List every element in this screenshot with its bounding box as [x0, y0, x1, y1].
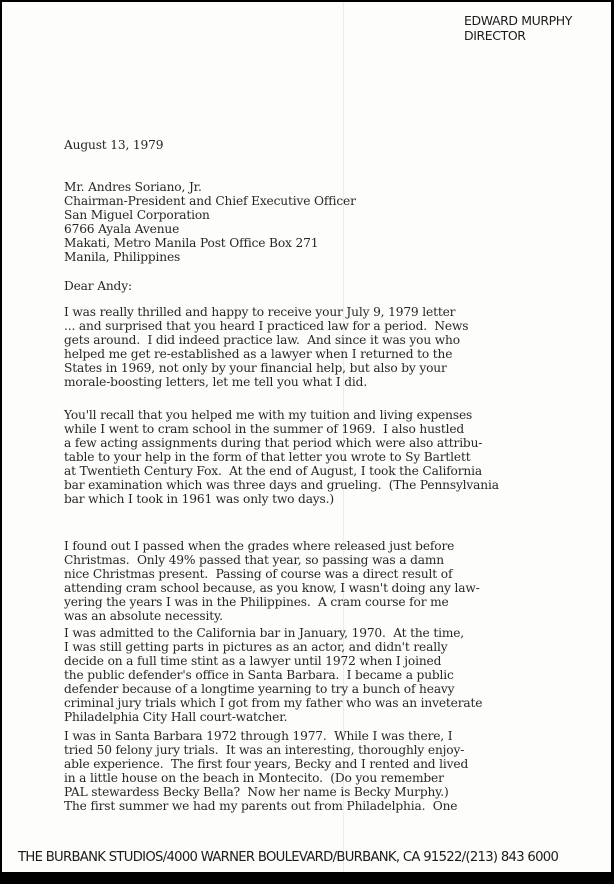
paragraph-2: You'll recall that you helped me with my… [64, 408, 499, 506]
text-line: able experience. The first four years, B… [64, 757, 468, 771]
text-line: PAL stewardess Becky Bella? Now her name… [64, 785, 468, 799]
salutation: Dear Andy: [64, 279, 132, 293]
text-line: bar which I took in 1961 was only two da… [64, 492, 499, 506]
text-line: Philadelphia City Hall court-watcher. [64, 710, 482, 724]
text-line: at Twentieth Century Fox. At the end of … [64, 464, 499, 478]
letterhead-footer-address: THE BURBANK STUDIOS/4000 WARNER BOULEVAR… [18, 850, 558, 865]
letterhead-name: EDWARD MURPHY [464, 13, 572, 28]
text-line: decide on a full time stint as a lawyer … [64, 654, 482, 668]
text-line: morale-boosting letters, let me tell you… [64, 375, 468, 389]
paragraph-1: I was really thrilled and happy to recei… [64, 305, 468, 389]
text-line: bar examination which was three days and… [64, 478, 499, 492]
text-line: Christmas. Only 49% passed that year, so… [64, 553, 480, 567]
address-line: Manila, Philippines [64, 250, 356, 264]
text-line: I was really thrilled and happy to recei… [64, 305, 468, 319]
paragraph-5: I was in Santa Barbara 1972 through 1977… [64, 729, 468, 813]
text-line: I was still getting parts in pictures as… [64, 640, 482, 654]
text-line: nice Christmas present. Passing of cours… [64, 567, 480, 581]
text-line: I was admitted to the California bar in … [64, 626, 482, 640]
text-line: States in 1969, not only by your financi… [64, 361, 468, 375]
text-line: was an absolute necessity. [64, 609, 480, 623]
text-line: while I went to cram school in the summe… [64, 422, 499, 436]
paragraph-3: I found out I passed when the grades whe… [64, 539, 480, 623]
text-line: You'll recall that you helped me with my… [64, 408, 499, 422]
text-line: table to your help in the form of that l… [64, 450, 499, 464]
text-line: in a little house on the beach in Montec… [64, 771, 468, 785]
recipient-address: Mr. Andres Soriano, Jr. Chairman-Preside… [64, 180, 356, 264]
address-line: San Miguel Corporation [64, 208, 356, 222]
address-line: Mr. Andres Soriano, Jr. [64, 180, 356, 194]
text-line: criminal jury trials which I got from my… [64, 696, 482, 710]
address-line: 6766 Ayala Avenue [64, 222, 356, 236]
letter-date: August 13, 1979 [64, 138, 163, 152]
letter-page: EDWARD MURPHY DIRECTOR August 13, 1979 M… [2, 2, 611, 872]
text-line: tried 50 felony jury trials. It was an i… [64, 743, 468, 757]
letterhead-title: DIRECTOR [464, 28, 572, 43]
text-line: a few acting assignments during that per… [64, 436, 499, 450]
text-line: I was in Santa Barbara 1972 through 1977… [64, 729, 468, 743]
text-line: helped me get re-established as a lawyer… [64, 347, 468, 361]
text-line: The first summer we had my parents out f… [64, 799, 468, 813]
text-line: yering the years I was in the Philippine… [64, 595, 480, 609]
text-line: gets around. I did indeed practice law. … [64, 333, 468, 347]
address-line: Makati, Metro Manila Post Office Box 271 [64, 236, 356, 250]
paragraph-4: I was admitted to the California bar in … [64, 626, 482, 724]
text-line: ... and surprised that you heard I pract… [64, 319, 468, 333]
text-line: defender because of a longtime yearning … [64, 682, 482, 696]
text-line: attending cram school because, as you kn… [64, 581, 480, 595]
text-line: I found out I passed when the grades whe… [64, 539, 480, 553]
text-line: the public defender's office in Santa Ba… [64, 668, 482, 682]
address-line: Chairman-President and Chief Executive O… [64, 194, 356, 208]
letterhead: EDWARD MURPHY DIRECTOR [464, 13, 572, 43]
